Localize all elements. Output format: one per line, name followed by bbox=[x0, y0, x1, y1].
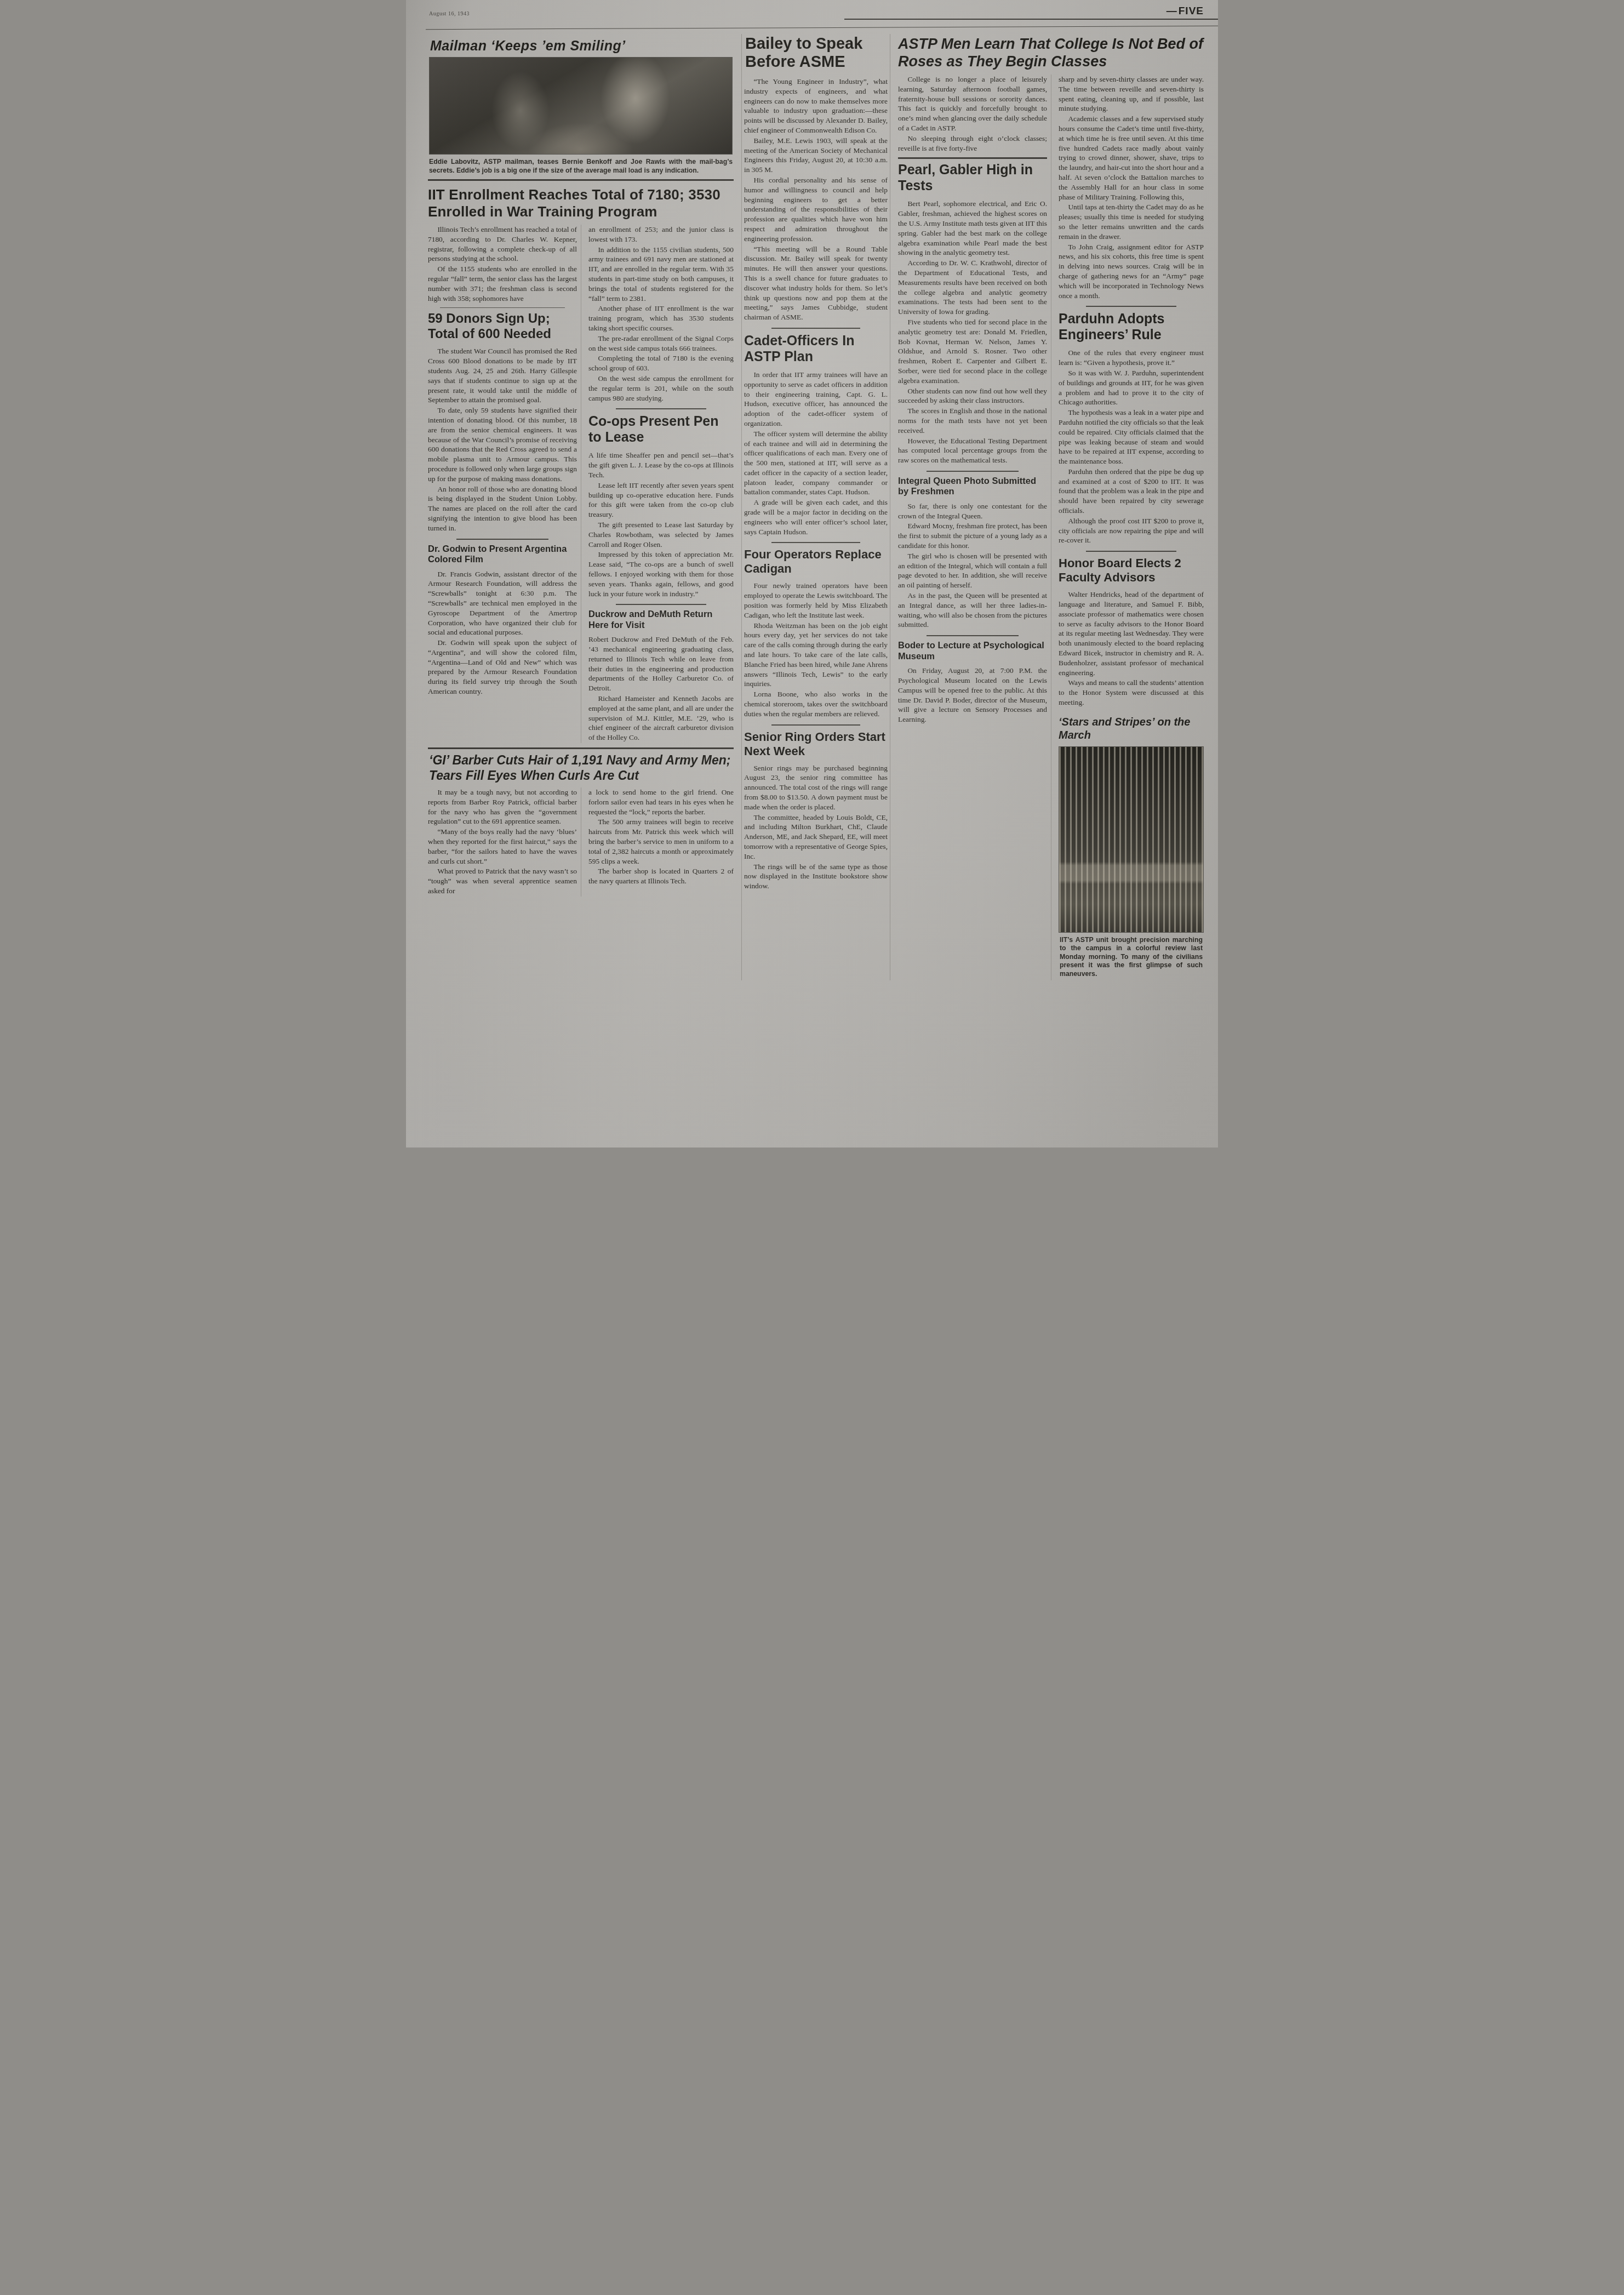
paragraph: Richard Hameister and Kenneth Jacobs are… bbox=[588, 694, 734, 743]
article-coops: Co-ops Present Pen to Lease A life time … bbox=[588, 414, 734, 598]
headline: IIT Enrollment Reaches Total of 7180; 35… bbox=[428, 186, 734, 220]
paragraph: Bert Pearl, sophomore electrical, and Er… bbox=[898, 199, 1047, 258]
headline: 59 Donors Sign Up; Total of 600 Needed bbox=[428, 311, 577, 342]
paragraph: an enrollment of 253; and the junior cla… bbox=[588, 225, 734, 244]
column-4: College is no longer a place of leisurel… bbox=[898, 75, 1047, 980]
article-godwin: Dr. Godwin to Present Argentina Colored … bbox=[428, 544, 577, 697]
paragraph: Until taps at ten-thirty the Cadet may d… bbox=[1059, 202, 1204, 241]
paragraph: In order that IIT army trainees will hav… bbox=[744, 370, 888, 429]
article-rule bbox=[616, 408, 706, 409]
paragraph: Bailey, M.E. Lewis 1903, will speak at t… bbox=[744, 136, 888, 175]
paragraph: The hypothesis was a leak in a water pip… bbox=[1059, 408, 1204, 466]
paragraph: So it was with W. J. Parduhn, superinten… bbox=[1059, 368, 1204, 407]
page-columns: Mailman ‘Keeps ’em Smiling’ Eddie Labovi… bbox=[406, 31, 1218, 997]
headline: ‘Stars and Stripes’ on the March bbox=[1059, 716, 1204, 742]
paragraph: The pre-radar enrollment of the Signal C… bbox=[588, 334, 734, 353]
paragraph: Of the 1155 students who are enrolled in… bbox=[428, 264, 577, 303]
headline: Senior Ring Orders Start Next Week bbox=[744, 730, 888, 758]
paragraph: Other students can now find out how well… bbox=[898, 386, 1047, 406]
photo-caption: IIT’s ASTP unit brought precision marchi… bbox=[1060, 936, 1203, 979]
paragraph: Lorna Boone, who also works in the chemi… bbox=[744, 689, 888, 718]
integral-body: So far, there is only one contestant for… bbox=[898, 501, 1047, 630]
article-bailey: Bailey to Speak Before ASME “The Young E… bbox=[744, 35, 888, 322]
honor-body: Walter Hendricks, head of the department… bbox=[1059, 590, 1204, 707]
right-column-group: ASTP Men Learn That College Is Not Bed o… bbox=[898, 34, 1204, 980]
article-rule bbox=[616, 604, 706, 605]
paragraph: Completing the total of 7180 is the even… bbox=[588, 353, 734, 373]
article-honor-board: Honor Board Elects 2 Faculty Advisors Wa… bbox=[1059, 556, 1204, 707]
article-astp: ASTP Men Learn That College Is Not Bed o… bbox=[898, 35, 1204, 980]
headline: Pearl, Gabler High in Tests bbox=[898, 162, 1047, 194]
article-mailman: Mailman ‘Keeps ’em Smiling’ Eddie Labovi… bbox=[428, 38, 734, 175]
column-5: sharp and by seven-thirty classes are un… bbox=[1051, 75, 1204, 980]
headline: Co-ops Present Pen to Lease bbox=[588, 414, 734, 446]
article-rule bbox=[440, 307, 565, 308]
paragraph: Senior rings may be purchased beginning … bbox=[744, 763, 888, 812]
paragraph: The student War Council has promised the… bbox=[428, 346, 577, 405]
paragraph: Dr. Godwin will speak upon the subject o… bbox=[428, 638, 577, 697]
headline: ASTP Men Learn That College Is Not Bed o… bbox=[898, 35, 1204, 70]
paragraph: The scores in English and those in the n… bbox=[898, 406, 1047, 435]
barber-col-b: a lock to send home to the girl friend. … bbox=[581, 787, 734, 897]
coops-body: A life time Sheaffer pen and pencil set—… bbox=[588, 450, 734, 598]
issue-date: August 16, 1943 bbox=[429, 11, 470, 17]
enrollment-body: Illinois Tech’s enrollment has reached a… bbox=[428, 225, 734, 743]
cadet-body: In order that IIT army trainees will hav… bbox=[744, 370, 888, 537]
article-enrollment: IIT Enrollment Reaches Total of 7180; 35… bbox=[428, 186, 734, 897]
paragraph: According to Dr. W. C. Krathwohl, direct… bbox=[898, 258, 1047, 317]
article-rule bbox=[771, 542, 860, 543]
paragraph: Ways and means to call the students’ att… bbox=[1059, 678, 1204, 707]
paragraph: a lock to send home to the girl friend. … bbox=[588, 787, 734, 817]
article-barber: ‘GI’ Barber Cuts Hair of 1,191 Navy and … bbox=[428, 752, 734, 897]
paragraph: The gift presented to Lease last Saturda… bbox=[588, 520, 734, 549]
paragraph: Illinois Tech’s enrollment has reached a… bbox=[428, 225, 577, 264]
paragraph: The girl who is chosen will be presented… bbox=[898, 551, 1047, 590]
barber-body: It may be a tough navy, but not accordin… bbox=[428, 787, 734, 897]
paragraph: One of the rules that every engineer mus… bbox=[1059, 348, 1204, 368]
article-rule bbox=[1086, 306, 1176, 307]
donors-body: The student War Council has promised the… bbox=[428, 346, 577, 533]
headline: Dr. Godwin to Present Argentina Colored … bbox=[428, 544, 577, 566]
paragraph: Five students who tied for second place … bbox=[898, 317, 1047, 386]
headline: ‘GI’ Barber Cuts Hair of 1,191 Navy and … bbox=[429, 752, 734, 783]
page-number: FIVE bbox=[1166, 5, 1204, 18]
paragraph: Four newly trained operators have been e… bbox=[744, 581, 888, 620]
article-rule bbox=[771, 724, 860, 726]
paragraph: Edward Mocny, freshman fire protect, has… bbox=[898, 521, 1047, 550]
boder-body: On Friday, August 20, at 7:00 P.M. the P… bbox=[898, 666, 1047, 724]
paragraph: However, the Educational Testing Departm… bbox=[898, 436, 1047, 465]
newspaper-page: August 16, 1943 FIVE Mailman ‘Keeps ’em … bbox=[406, 0, 1218, 1147]
headline: Integral Queen Photo Submitted by Freshm… bbox=[898, 476, 1047, 498]
paragraph: Lease left IIT recently after seven year… bbox=[588, 481, 734, 519]
left-column-group: Mailman ‘Keeps ’em Smiling’ Eddie Labovi… bbox=[428, 34, 734, 980]
paragraph: In addition to the 1155 civilian student… bbox=[588, 245, 734, 304]
article-rule bbox=[927, 635, 1019, 636]
article-pearl-gabler: Pearl, Gabler High in Tests Bert Pearl, … bbox=[898, 162, 1047, 465]
astp-col-b: sharp and by seven-thirty classes are un… bbox=[1059, 75, 1204, 300]
parade-photo bbox=[1059, 746, 1204, 933]
paragraph: The rings will be of the same type as th… bbox=[744, 862, 888, 891]
paragraph: The officer system will determine the ab… bbox=[744, 429, 888, 498]
enrollment-col-b: an enrollment of 253; and the junior cla… bbox=[588, 225, 734, 403]
enrollment-col-a: Illinois Tech’s enrollment has reached a… bbox=[428, 225, 577, 303]
headline: Boder to Lecture at Psychological Museum bbox=[898, 641, 1047, 662]
column-1: Illinois Tech’s enrollment has reached a… bbox=[428, 225, 577, 743]
top-rule-heavy bbox=[844, 19, 1218, 20]
headline: Cadet-Officers In ASTP Plan bbox=[744, 333, 888, 365]
paragraph: On Friday, August 20, at 7:00 P.M. the P… bbox=[898, 666, 1047, 724]
paragraph: Robert Duckrow and Fred DeMuth of the Fe… bbox=[588, 635, 734, 693]
middle-column: Bailey to Speak Before ASME “The Young E… bbox=[741, 34, 890, 980]
paragraph: Academic classes and a few supervised st… bbox=[1059, 114, 1204, 202]
article-rule bbox=[456, 539, 549, 540]
paragraph: To John Craig, assignment editor for AST… bbox=[1059, 242, 1204, 301]
paragraph: Dr. Francis Godwin, assistant director o… bbox=[428, 569, 577, 638]
paragraph: College is no longer a place of leisurel… bbox=[898, 75, 1047, 133]
parduhn-body: One of the rules that every engineer mus… bbox=[1059, 348, 1204, 545]
pearl-body: Bert Pearl, sophomore electrical, and Er… bbox=[898, 199, 1047, 465]
paragraph: A grade will be given each cadet, and th… bbox=[744, 498, 888, 536]
article-boder: Boder to Lecture at Psychological Museum… bbox=[898, 641, 1047, 724]
mailman-photo bbox=[429, 57, 733, 155]
paragraph: On the west side campus the enrollment f… bbox=[588, 374, 734, 403]
article-donors: 59 Donors Sign Up; Total of 600 Needed T… bbox=[428, 311, 577, 533]
article-rule bbox=[771, 328, 860, 329]
paragraph: It may be a tough navy, but not accordin… bbox=[428, 787, 577, 826]
article-rule bbox=[927, 471, 1019, 472]
paragraph: No sleeping through eight o’clock classe… bbox=[898, 134, 1047, 153]
paragraph: A life time Sheaffer pen and pencil set—… bbox=[588, 450, 734, 479]
article-operators: Four Operators Replace Cadigan Four newl… bbox=[744, 547, 888, 718]
column-2: an enrollment of 253; and the junior cla… bbox=[581, 225, 734, 743]
paragraph: Impressed by this token of appreciation … bbox=[588, 550, 734, 598]
paragraph: His cordial personality and his sense of… bbox=[744, 175, 888, 244]
headline: Duckrow and DeMuth Return Here for Visit bbox=[588, 609, 734, 631]
paragraph: So far, there is only one contestant for… bbox=[898, 501, 1047, 521]
headline: Parduhn Adopts Engineers’ Rule bbox=[1059, 311, 1204, 343]
section-rule bbox=[898, 157, 1047, 159]
top-rule-thin bbox=[426, 26, 1218, 30]
paragraph: What proved to Patrick that the navy was… bbox=[428, 866, 577, 895]
paragraph: The barber shop is located in Quarters 2… bbox=[588, 866, 734, 886]
duckrow-body: Robert Duckrow and Fred DeMuth of the Fe… bbox=[588, 635, 734, 743]
headline: Mailman ‘Keeps ’em Smiling’ bbox=[430, 38, 734, 54]
article-rule bbox=[1086, 551, 1176, 552]
article-duckrow: Duckrow and DeMuth Return Here for Visit… bbox=[588, 609, 734, 743]
astp-body: College is no longer a place of leisurel… bbox=[898, 75, 1204, 980]
rings-body: Senior rings may be purchased beginning … bbox=[744, 763, 888, 891]
paragraph: Although the proof cost IIT $200 to prov… bbox=[1059, 516, 1204, 545]
article-integral-queen: Integral Queen Photo Submitted by Freshm… bbox=[898, 476, 1047, 630]
section-rule bbox=[428, 747, 734, 749]
paragraph: “Many of the boys really had the navy ‘b… bbox=[428, 827, 577, 866]
paragraph: The 500 army trainees will begin to rece… bbox=[588, 817, 734, 866]
article-senior-rings: Senior Ring Orders Start Next Week Senio… bbox=[744, 730, 888, 891]
section-rule bbox=[428, 179, 734, 181]
photo-caption: Eddie Labovitz, ASTP mailman, teases Ber… bbox=[429, 158, 733, 175]
article-parduhn: Parduhn Adopts Engineers’ Rule One of th… bbox=[1059, 311, 1204, 545]
paragraph: To date, only 59 students have signified… bbox=[428, 406, 577, 483]
paragraph: As in the past, the Queen will be presen… bbox=[898, 591, 1047, 630]
paragraph: sharp and by seven-thirty classes are un… bbox=[1059, 75, 1204, 113]
paragraph: Walter Hendricks, head of the department… bbox=[1059, 590, 1204, 677]
godwin-body: Dr. Francis Godwin, assistant director o… bbox=[428, 569, 577, 697]
paragraph: Rhoda Weitzman has been on the job eight… bbox=[744, 621, 888, 689]
headline: Four Operators Replace Cadigan bbox=[744, 547, 888, 576]
paragraph: Parduhn then ordered that the pipe be du… bbox=[1059, 467, 1204, 516]
article-stars-stripes: ‘Stars and Stripes’ on the March IIT’s A… bbox=[1059, 716, 1204, 979]
paragraph: Another phase of IIT enrollment is the w… bbox=[588, 304, 734, 333]
paragraph: The committee, headed by Louis Boldt, CE… bbox=[744, 813, 888, 861]
headline: Honor Board Elects 2 Faculty Advisors bbox=[1059, 556, 1204, 585]
astp-col-a: College is no longer a place of leisurel… bbox=[898, 75, 1047, 153]
paragraph: An honor roll of those who are donating … bbox=[428, 484, 577, 533]
paragraph: “This meeting will be a Round Table disc… bbox=[744, 244, 888, 322]
article-cadet-officers: Cadet-Officers In ASTP Plan In order tha… bbox=[744, 333, 888, 537]
masthead: August 16, 1943 FIVE bbox=[406, 0, 1218, 31]
barber-col-a: It may be a tough navy, but not accordin… bbox=[428, 787, 577, 897]
paragraph: “The Young Engineer in Industry”, what i… bbox=[744, 77, 888, 135]
operators-body: Four newly trained operators have been e… bbox=[744, 581, 888, 718]
headline: Bailey to Speak Before ASME bbox=[745, 35, 888, 71]
bailey-body: “The Young Engineer in Industry”, what i… bbox=[744, 77, 888, 322]
